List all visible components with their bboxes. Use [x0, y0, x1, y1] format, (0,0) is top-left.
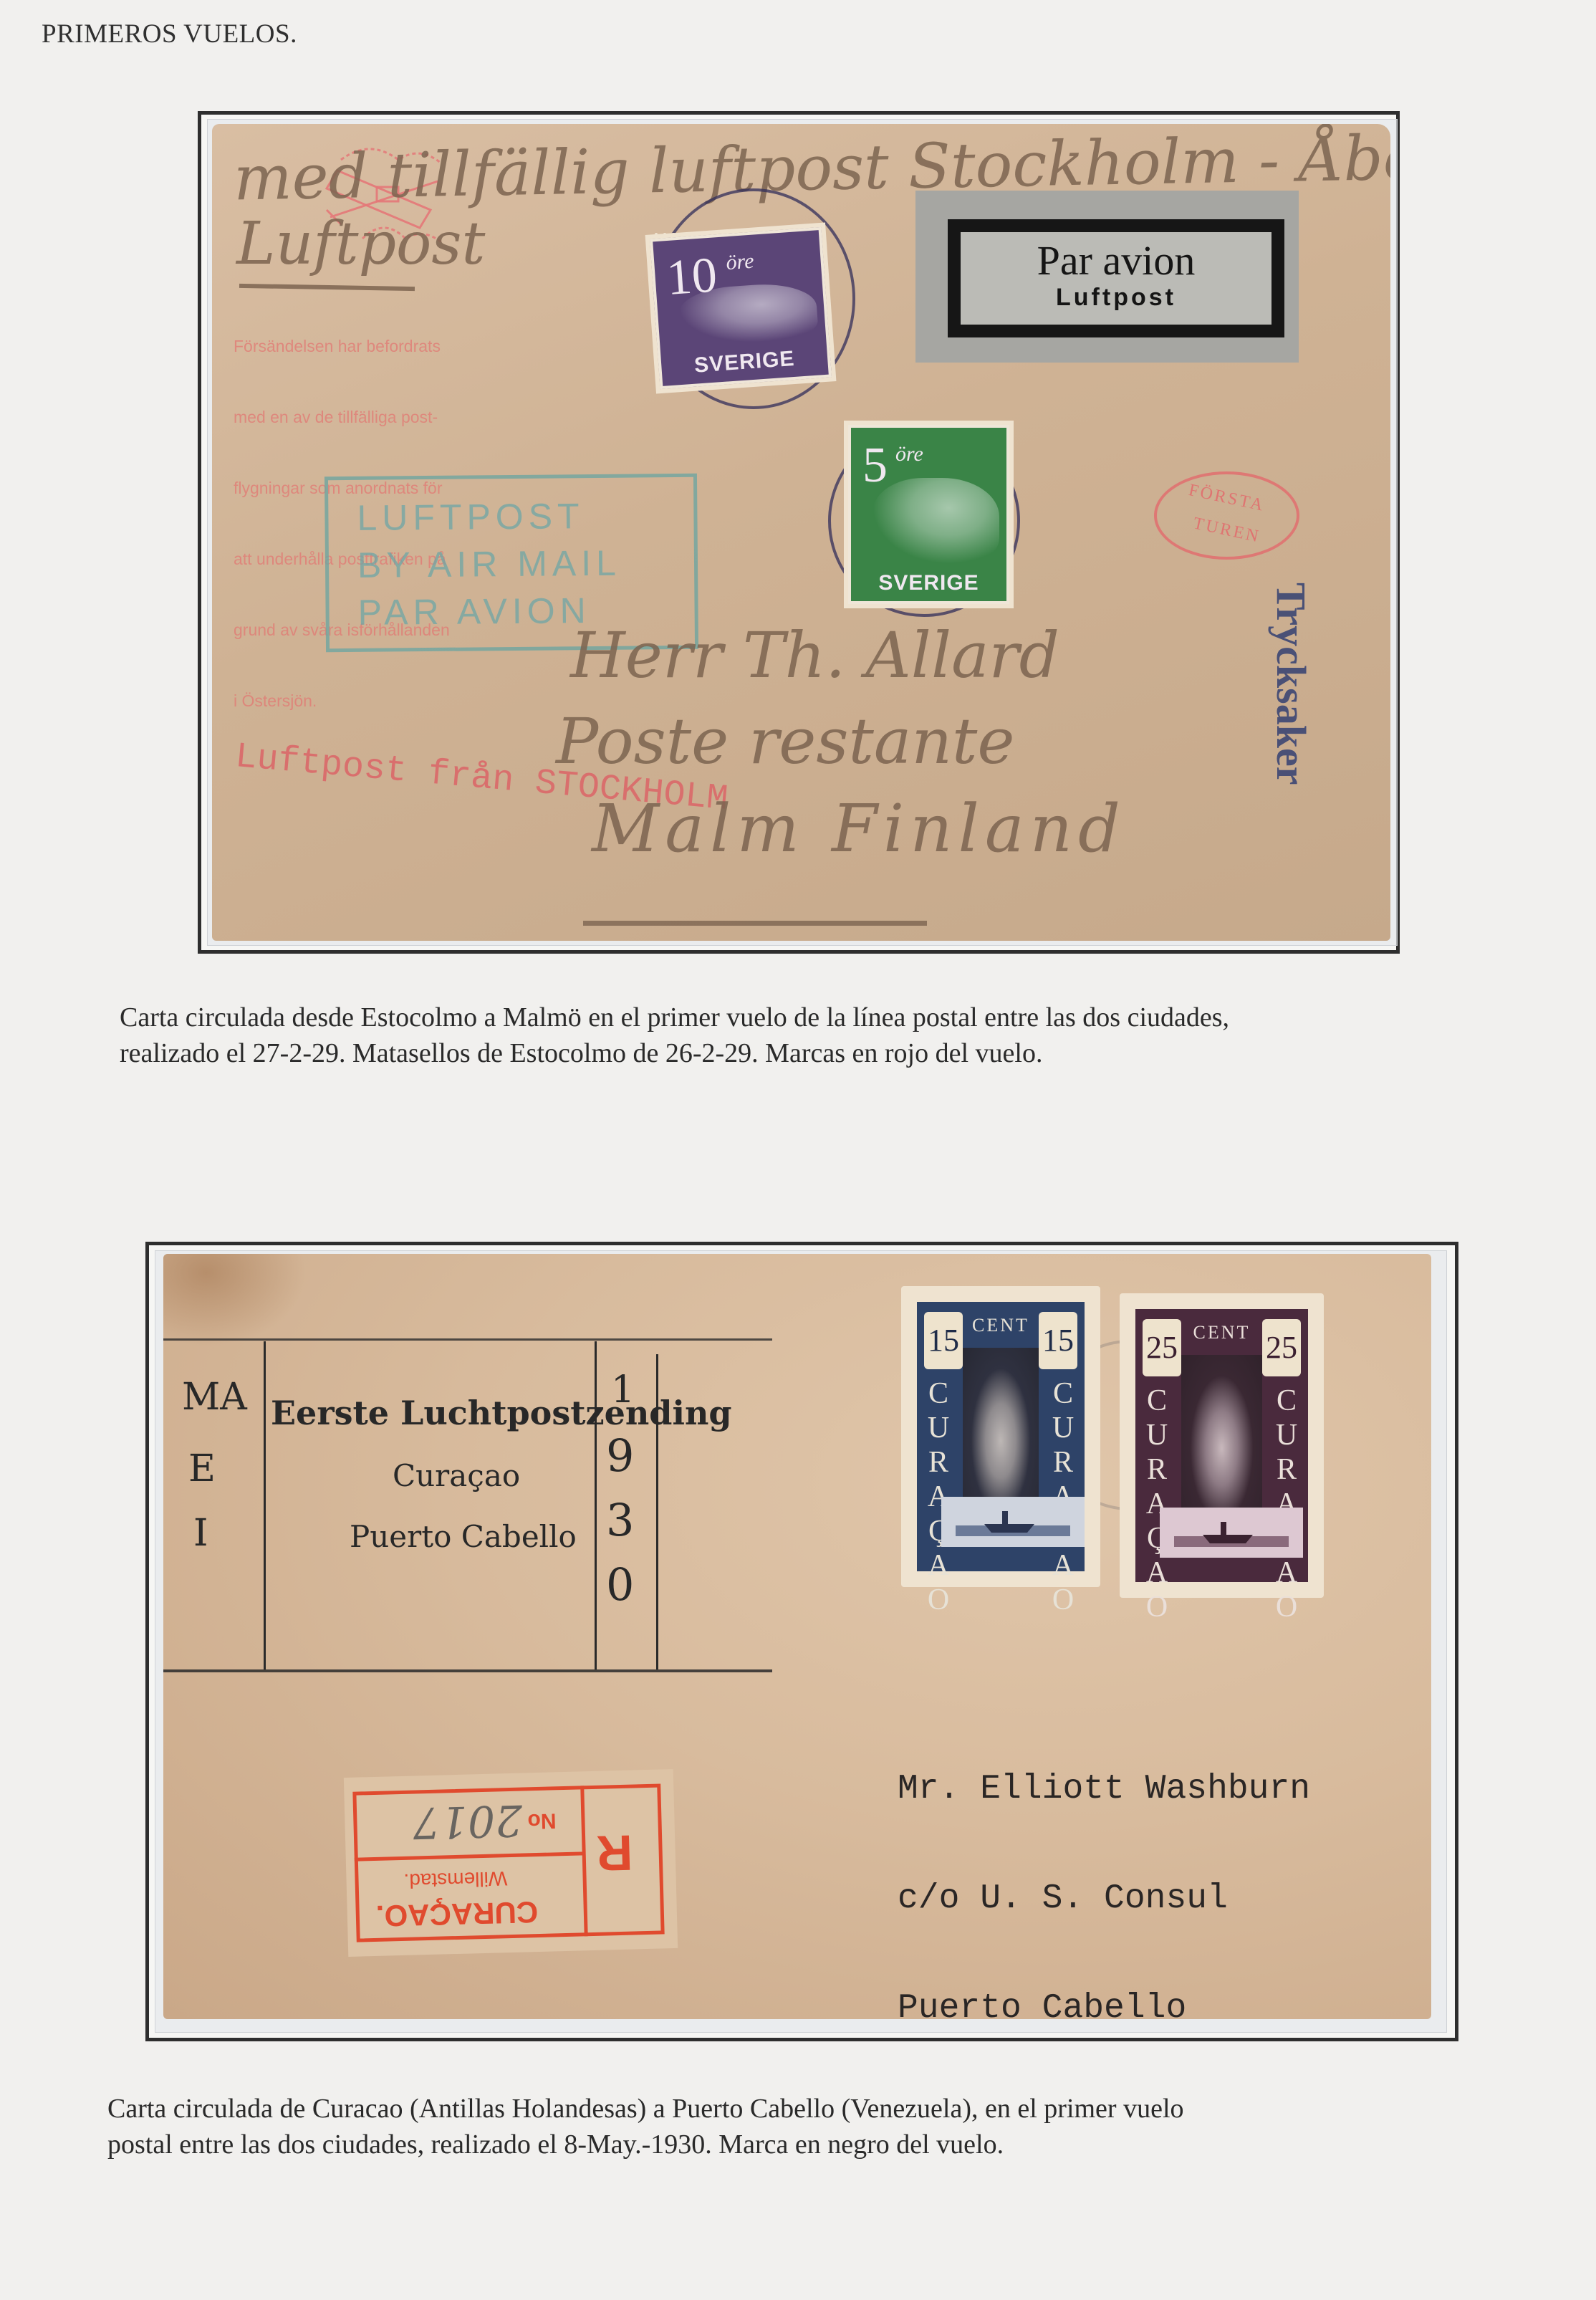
stamp-10-ore-sverige: 10 öre SVERIGE — [650, 227, 832, 389]
cachet-line-3: Puerto Cabello — [350, 1519, 577, 1554]
registration-label: R CURAÇAO. Willemstad. No 2017 — [344, 1769, 678, 1957]
water-stain — [163, 1254, 307, 1347]
forsta-turen-oval-cachet: FÖRSTA TUREN — [1154, 471, 1299, 560]
handwritten-address-line1: Herr Th. Allard — [570, 618, 1059, 692]
cover-curacao-puerto-cabello: MA E I Eerste Luchtpostzending Curaçao P… — [163, 1254, 1431, 2019]
trycksaker-vertical-cachet: Trycksaker — [1267, 583, 1315, 785]
cachet-left-letter-2: E — [188, 1447, 216, 1490]
stamp-15-cent-curacao: 15 15 CENT CURAÇAO CURAÇAO — [901, 1286, 1100, 1587]
registration-town: Willemstad. — [403, 1867, 507, 1892]
lion-icon — [872, 478, 999, 564]
first-flight-cachet-box — [264, 1341, 597, 1669]
cachet-line-2: Curaçao — [393, 1458, 520, 1493]
cachet-year-3: 3 — [606, 1494, 634, 1546]
air-mail-label-frame: Par avion Luftpost — [948, 219, 1284, 337]
handwritten-luftpost: Luftpost — [236, 210, 485, 278]
caption-cover-1: Carta circulada desde Estocolmo a Malmö … — [120, 1000, 1474, 1071]
address-line-1: Mr. Elliott Washburn — [898, 1771, 1310, 1808]
caption-cover-2: Carta circulada de Curacao (Antillas Hol… — [107, 2091, 1465, 2162]
steamship-icon — [941, 1497, 1085, 1547]
registration-number-handwritten: 2017 — [413, 1795, 523, 1848]
typed-address: Mr. Elliott Washburn c/o U. S. Consul Pu… — [898, 1698, 1310, 2019]
registration-office: CURAÇAO. — [375, 1894, 539, 1933]
handwritten-address-line2: Poste restante — [556, 704, 1014, 778]
stamp-25-cent-curacao: 25 25 CENT CURAÇAO CURAÇAO — [1120, 1293, 1324, 1598]
handwritten-address-line3: Malm Finland — [592, 790, 1126, 867]
air-mail-label: Par avion Luftpost — [915, 191, 1299, 363]
caption-1-line-1: Carta circulada desde Estocolmo a Malmö … — [120, 1000, 1474, 1035]
cachet-year-4: 0 — [606, 1558, 634, 1611]
steamship-icon — [1160, 1508, 1303, 1558]
cachet-outer-lines-bottom — [163, 1669, 772, 1672]
cover-stockholm-malmo: med tillfällig luftpost Stockholm - Åbo … — [212, 124, 1390, 941]
address-line-3: Puerto Cabello — [898, 1990, 1310, 2019]
cachet-outer-lines — [163, 1338, 772, 1341]
cachet-year-1: 1 — [611, 1369, 635, 1412]
caption-2-line-2: postal entre las dos ciudades, realizado… — [107, 2127, 1465, 2162]
cachet-year-2: 9 — [606, 1429, 634, 1482]
registration-letter: R — [596, 1824, 634, 1882]
registration-number-prefix: No — [527, 1808, 557, 1833]
cachet-left-letter-3: I — [193, 1512, 208, 1555]
address-underline — [583, 921, 927, 926]
caption-1-line-2: realizado el 27-2-29. Matasellos de Esto… — [120, 1035, 1474, 1071]
page-title: PRIMEROS VUELOS. — [42, 19, 297, 49]
stamp-5-ore-sverige: 5 öre SVERIGE — [848, 425, 1009, 604]
cachet-left-letter-1: MA — [182, 1376, 247, 1419]
address-line-2: c/o U. S. Consul — [898, 1881, 1310, 1917]
caption-2-line-1: Carta circulada de Curacao (Antillas Hol… — [107, 2091, 1465, 2127]
cachet-line-1: Eerste Luchtpostzending — [271, 1394, 732, 1432]
